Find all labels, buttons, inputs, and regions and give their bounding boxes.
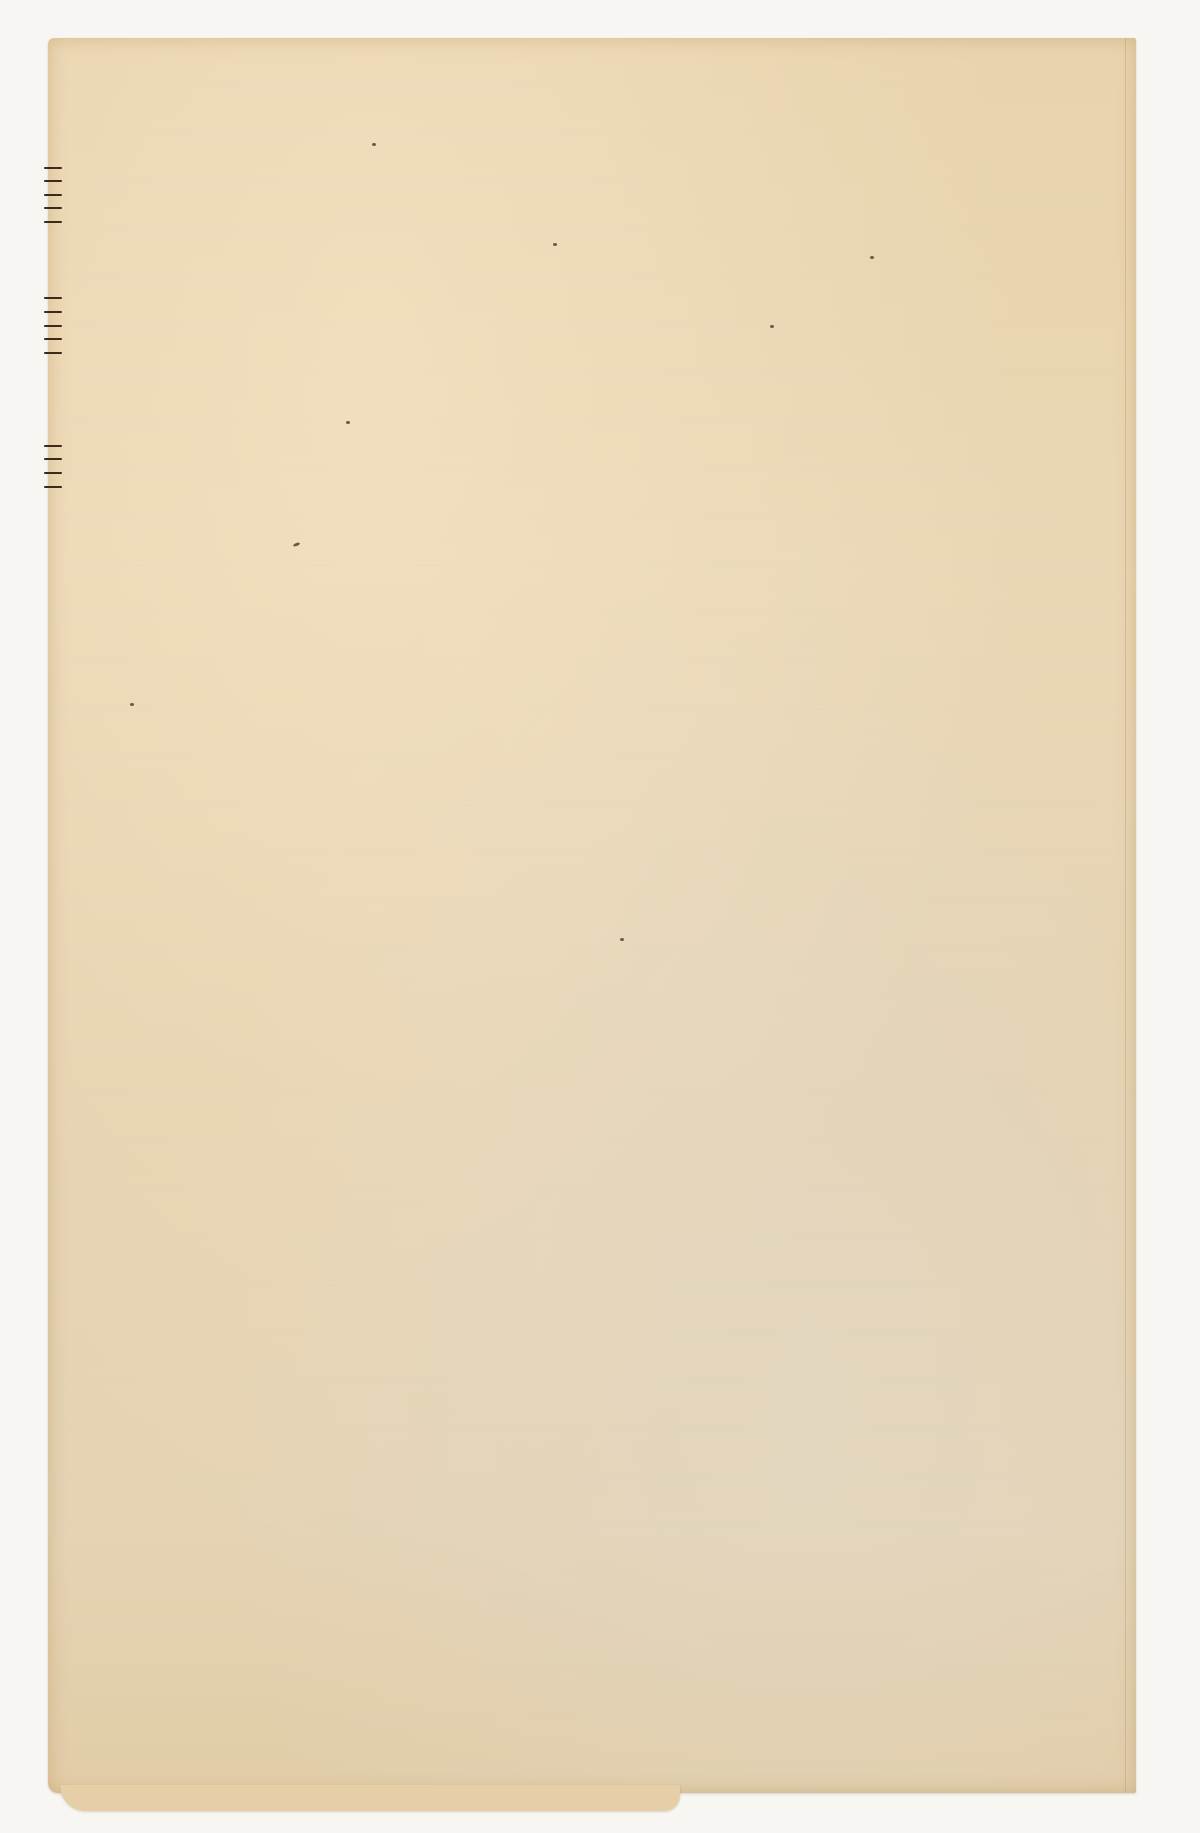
stitch-mark [44, 445, 62, 447]
stitch-mark [44, 311, 62, 313]
faint-ruling [48, 38, 1136, 1793]
right-edge-fold [1125, 38, 1126, 1793]
paper-speck [870, 256, 874, 259]
stitch-mark [44, 472, 62, 474]
paper-speck [346, 421, 350, 424]
paper-speck [293, 542, 301, 547]
binding-stitches [40, 0, 66, 1833]
stitch-mark [44, 167, 62, 169]
stitch-mark [44, 338, 62, 340]
paper-speck [372, 143, 376, 146]
stitch-mark [44, 180, 62, 182]
stitch-mark [44, 458, 62, 460]
stitch-mark [44, 221, 62, 223]
stitch-mark [44, 486, 62, 488]
stitch-mark [44, 207, 62, 209]
paper-speck [553, 243, 557, 246]
stitch-mark [44, 194, 62, 196]
stitch-mark [44, 352, 62, 354]
stitch-mark [44, 325, 62, 327]
paper-speck [130, 703, 134, 706]
paper-speck [770, 325, 774, 328]
paper-sheet [48, 38, 1136, 1793]
paper-speck [620, 938, 624, 941]
torn-bottom-flap [60, 1785, 680, 1811]
stitch-mark [44, 297, 62, 299]
